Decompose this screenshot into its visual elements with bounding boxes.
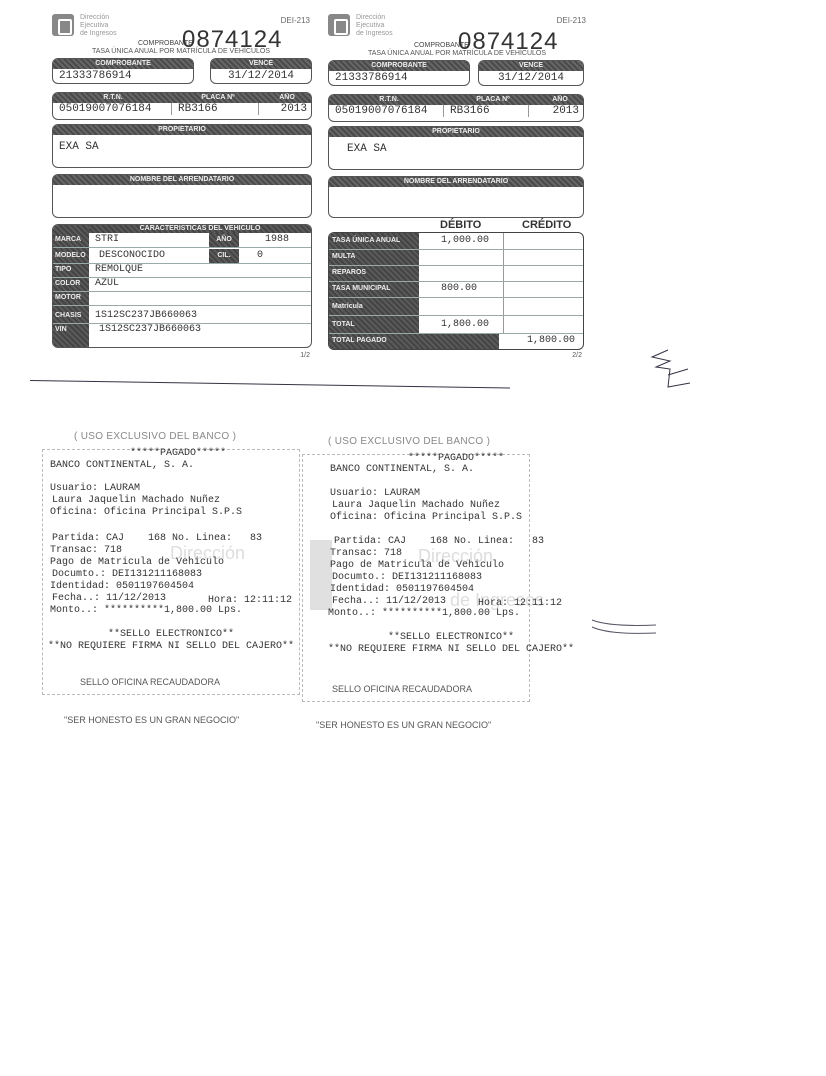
credito-header: CRÉDITO <box>522 219 571 231</box>
field-value: 31/12/2014 <box>479 71 583 85</box>
bank-name: BANCO CONTINENTAL, S. A. <box>330 464 474 475</box>
label: COLOR <box>53 277 91 291</box>
placa-value: RB3166 <box>444 105 529 117</box>
document-number: Documto.: DEI131211168083 <box>332 572 482 583</box>
field-value: EXA SA <box>53 135 311 154</box>
field-label: COMPROBANTE <box>329 61 469 71</box>
row-total-pagado: TOTAL PAGADO 1,800.00 <box>329 333 583 349</box>
no-signature-note: **NO REQUIERE FIRMA NI SELLO DEL CAJERO*… <box>328 644 574 655</box>
value: 1S12SC237JB660063 <box>99 323 201 337</box>
amount: Monto..: **********1,800.00 Lps. <box>50 605 242 616</box>
field-value: 21333786914 <box>329 71 469 85</box>
bank-receipt-right: ( USO EXCLUSIVO DEL BANCO ) Dirección de… <box>300 430 562 740</box>
field-value: EXA SA <box>329 137 583 156</box>
value: STRI <box>95 233 119 247</box>
agency-line-1: Dirección <box>356 14 416 22</box>
bank-name: BANCO CONTINENTAL, S. A. <box>50 460 194 471</box>
label: MARCA <box>53 233 91 247</box>
field-value: 31/12/2014 <box>211 69 311 83</box>
field-label: NOMBRE DEL ARRENDATARIO <box>53 175 311 185</box>
vehicle-header: CARACTERÍSTICAS DEL VEHÍCULO <box>89 225 311 233</box>
rtn-label: R.T.N. <box>53 93 173 103</box>
vehicle-characteristics: CARACTERÍSTICAS DEL VEHÍCULO MARCA STRI … <box>52 224 312 348</box>
anio-label: AÑO <box>263 93 311 103</box>
field-label: VENCE <box>479 61 583 71</box>
vence-field: VENCE 31/12/2014 <box>478 60 584 86</box>
payment-row: TASA ÚNICA ANUAL1,000.00 <box>329 233 583 250</box>
payment-row-label: TASA MUNICIPAL <box>332 281 391 297</box>
anio-label: AÑO <box>537 95 583 105</box>
oficina: Oficina: Oficina Principal S.P.S <box>330 512 522 523</box>
bank-receipt-left: ( USO EXCLUSIVO DEL BANCO ) Dirección **… <box>40 425 302 735</box>
value: DESCONOCIDO <box>99 249 165 263</box>
anio-value: 2013 <box>259 103 311 115</box>
vence-field: VENCE 31/12/2014 <box>210 58 312 84</box>
payment-table: TASA ÚNICA ANUAL1,000.00MULTAREPAROSTASA… <box>328 232 584 350</box>
page-number: 2/2 <box>572 352 582 359</box>
motto: "SER HONESTO ES UN GRAN NEGOCIO" <box>64 715 239 725</box>
row-tipo: TIPO REMOLQUE <box>53 263 311 278</box>
row-motor: MOTOR <box>53 291 311 306</box>
document-number: Documto.: DEI131211168083 <box>52 569 202 580</box>
agency-line-2: Ejecutiva <box>80 22 140 30</box>
payment-row-label: REPAROS <box>332 265 366 281</box>
header-row: R.T.N. PLACA Nº AÑO <box>329 95 583 105</box>
rtn-value: 05019007076184 <box>329 105 444 117</box>
value: AZUL <box>95 277 119 291</box>
no-signature-note: **NO REQUIERE FIRMA NI SELLO DEL CAJERO*… <box>48 641 294 652</box>
paid-status: *****PAGADO***** <box>408 453 504 464</box>
cashier-name: Laura Jaquelin Machado Nuñez <box>52 495 220 506</box>
payment-row: MULTA <box>329 249 583 266</box>
placa-label: PLACA Nº <box>173 93 263 103</box>
propietario-field: PROPIETARIO EXA SA <box>328 126 584 170</box>
oficina: Oficina: Oficina Principal S.P.S <box>50 507 242 518</box>
rtn-placa-anio-field: R.T.N. PLACA Nº AÑO 05019007076184 RB316… <box>52 92 312 120</box>
receipt-title: ( USO EXCLUSIVO DEL BANCO ) <box>74 431 236 442</box>
concept: Pago de Matricula de Vehiculo <box>330 560 504 571</box>
row-marca: MARCA STRI AÑO 1988 <box>53 233 311 248</box>
cil-value: 0 <box>257 249 263 263</box>
agency-name: Dirección Ejecutiva de Ingresos <box>80 14 140 38</box>
identity: Identidad: 0501197604504 <box>50 581 194 592</box>
tax-slip-right: Dirección Ejecutiva de Ingresos DEI-213 … <box>326 12 588 362</box>
value-row: 05019007076184 RB3166 2013 <box>53 103 311 115</box>
agency-line-3: de Ingresos <box>356 30 416 38</box>
payment-row-label: Matrícula <box>332 299 363 315</box>
tax-slip-left: Dirección Ejecutiva de Ingresos DEI-213 … <box>50 12 312 362</box>
field-label: PROPIETARIO <box>53 125 311 135</box>
row-vin: VIN 1S12SC237JB660063 <box>53 323 311 337</box>
form-code: DEI-213 <box>281 16 310 25</box>
agency-name: Dirección Ejecutiva de Ingresos <box>356 14 416 38</box>
anio-label: AÑO <box>209 233 239 247</box>
date: Fecha..: 11/12/2013 <box>52 593 166 604</box>
electronic-seal: **SELLO ELECTRONICO** <box>388 632 514 643</box>
agency-line-3: de Ingresos <box>80 30 140 38</box>
office-seal-label: SELLO OFICINA RECAUDADORA <box>80 677 220 687</box>
watermark-logo-icon <box>310 540 332 610</box>
row-modelo: MODELO DESCONOCIDO CIL. 0 <box>53 249 311 264</box>
cil-label: CIL. <box>209 249 239 263</box>
usuario: Usuario: LAURAM <box>50 483 140 494</box>
rtn-label: R.T.N. <box>329 95 449 105</box>
amount: Monto..: **********1,800.00 Lps. <box>328 608 520 619</box>
field-label: PROPIETARIO <box>329 127 583 137</box>
payment-row: TOTAL1,800.00 <box>329 317 583 334</box>
label: TOTAL PAGADO <box>332 333 387 349</box>
rtn-placa-anio-field: R.T.N. PLACA Nº AÑO 05019007076184 RB316… <box>328 94 584 122</box>
pen-stroke-icon <box>590 615 660 640</box>
field-value <box>53 185 311 187</box>
handwritten-mark-icon <box>648 345 698 400</box>
row-chasis: CHASIS 1S12SC237JB660063 <box>53 309 311 324</box>
payment-row-debito: 800.00 <box>441 281 477 297</box>
propietario-field: PROPIETARIO EXA SA <box>52 124 312 168</box>
agency-logo-icon <box>52 14 74 36</box>
field-label: VENCE <box>211 59 311 69</box>
anio-value: 2013 <box>529 105 583 117</box>
cashier-name: Laura Jaquelin Machado Nuñez <box>332 500 500 511</box>
field-value <box>329 187 583 189</box>
form-code: DEI-213 <box>557 16 586 25</box>
identity: Identidad: 0501197604504 <box>330 584 474 595</box>
payment-row-label: TASA ÚNICA ANUAL <box>332 233 400 249</box>
agency-logo-icon <box>328 14 350 36</box>
label: TIPO <box>53 263 91 277</box>
header-row: R.T.N. PLACA Nº AÑO <box>53 93 311 103</box>
payment-row-label: MULTA <box>332 249 355 265</box>
row-color: COLOR AZUL <box>53 277 311 292</box>
date: Fecha..: 11/12/2013 <box>332 596 446 607</box>
value: 1S12SC237JB660063 <box>95 309 197 323</box>
payment-row-label: TOTAL <box>332 317 355 333</box>
payment-row-debito: 1,000.00 <box>441 233 489 249</box>
arrendatario-field: NOMBRE DEL ARRENDATARIO <box>52 174 312 218</box>
form-subtitle: TASA ÚNICA ANUAL POR MATRÍCULA DE VEHÍCU… <box>50 48 312 55</box>
label: MODELO <box>53 249 91 263</box>
value-row: 05019007076184 RB3166 2013 <box>329 105 583 117</box>
usuario: Usuario: LAURAM <box>330 488 420 499</box>
transaction: Transac: 718 <box>330 548 402 559</box>
field-value: 21333786914 <box>53 69 193 83</box>
electronic-seal: **SELLO ELECTRONICO** <box>108 629 234 640</box>
form-subtitle: TASA ÚNICA ANUAL POR MATRÍCULA DE VEHÍCU… <box>326 50 588 57</box>
comprobante-field: COMPROBANTE 21333786914 <box>328 60 470 86</box>
anio-value: 1988 <box>265 233 289 247</box>
partida: Partida: CAJ 168 No. Linea: 83 <box>52 533 262 544</box>
payment-row-debito: 1,800.00 <box>441 317 489 333</box>
transaction: Transac: 718 <box>50 545 122 556</box>
payment-row: REPAROS <box>329 265 583 282</box>
label: MOTOR <box>53 291 91 305</box>
field-label: NOMBRE DEL ARRENDATARIO <box>329 177 583 187</box>
placa-value: RB3166 <box>172 103 259 115</box>
placa-label: PLACA Nº <box>449 95 537 105</box>
comprobante-field: COMPROBANTE 21333786914 <box>52 58 194 84</box>
office-seal-label: SELLO OFICINA RECAUDADORA <box>332 684 472 694</box>
total-pagado-value: 1,800.00 <box>527 333 575 349</box>
receipt-title: ( USO EXCLUSIVO DEL BANCO ) <box>328 436 490 447</box>
payment-row: TASA MUNICIPAL800.00 <box>329 281 583 298</box>
agency-line-2: Ejecutiva <box>356 22 416 30</box>
cut-line-divider <box>30 380 510 389</box>
label: VIN <box>53 323 91 337</box>
motto: "SER HONESTO ES UN GRAN NEGOCIO" <box>316 720 491 730</box>
payment-row: Matrícula <box>329 299 583 316</box>
label: CHASIS <box>53 309 91 323</box>
page-number: 1/2 <box>300 352 310 359</box>
partida: Partida: CAJ 168 No. Linea: 83 <box>334 536 544 547</box>
field-label: COMPROBANTE <box>53 59 193 69</box>
agency-line-1: Dirección <box>80 14 140 22</box>
value: REMOLQUE <box>95 263 143 277</box>
paid-status: *****PAGADO***** <box>130 448 226 459</box>
concept: Pago de Matricula de Vehiculo <box>50 557 224 568</box>
arrendatario-field: NOMBRE DEL ARRENDATARIO <box>328 176 584 218</box>
rtn-value: 05019007076184 <box>53 103 172 115</box>
debito-header: DÉBITO <box>440 219 481 231</box>
